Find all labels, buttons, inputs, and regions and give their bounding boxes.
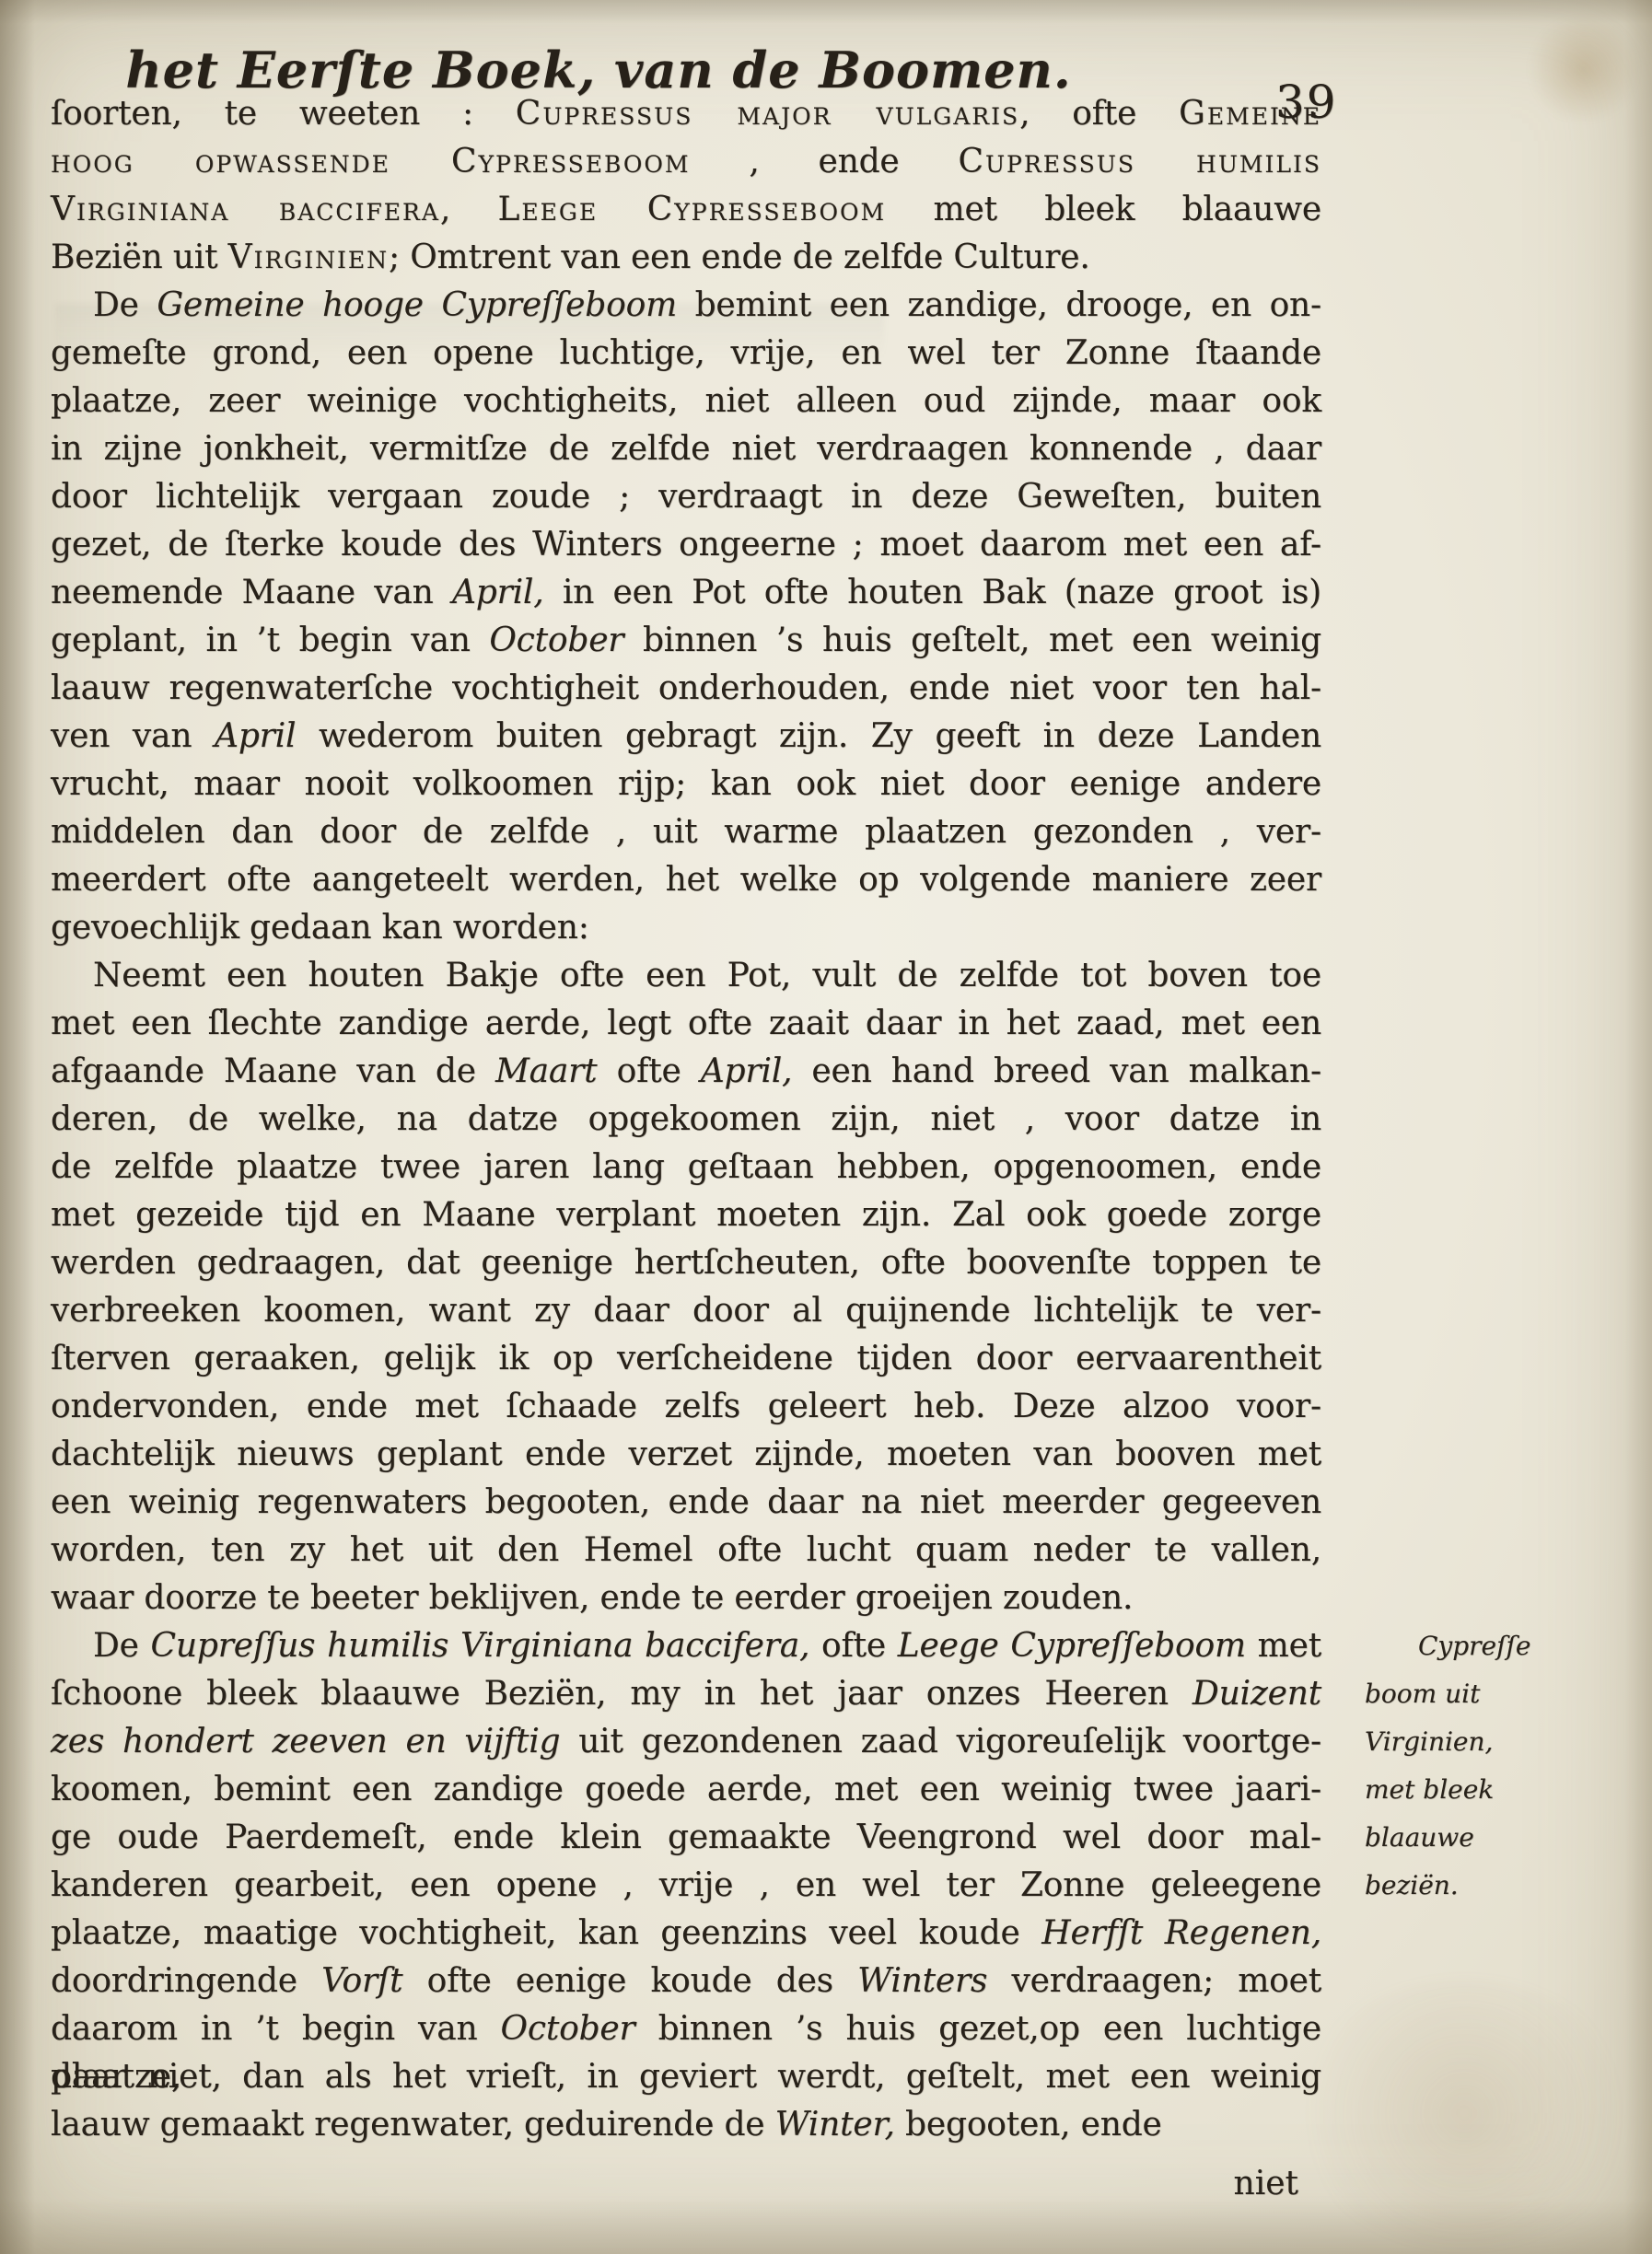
- text-line: werden gedraagen, dat geenige hertſcheut…: [51, 1239, 1321, 1287]
- text-segment: laauw gemaakt regenwater, geduirende de: [51, 2106, 775, 2144]
- text-segment: Cupressus humilis: [958, 143, 1321, 180]
- text-segment: April,: [701, 1052, 793, 1090]
- text-segment: neemende Maane van: [51, 574, 452, 611]
- text-segment: De: [93, 286, 157, 324]
- text-segment: Gemeine: [1179, 95, 1321, 133]
- text-segment: Vorſt: [321, 1962, 402, 2000]
- text-line: Beziën uit Virginien; Omtrent van een en…: [51, 234, 1321, 282]
- text-line: laauw gemaakt regenwater, geduirende de …: [51, 2101, 1321, 2149]
- text-segment: in zijne jonkheit, vermitſze de zelfde n…: [51, 430, 1321, 468]
- page-edge-shadow-top: [0, 0, 1652, 24]
- text-segment: De: [93, 1627, 151, 1665]
- text-segment: doordringende: [51, 1962, 321, 2000]
- text-line: ſchoone bleek blaauwe Beziën, my in het …: [51, 1670, 1321, 1718]
- margin-note-line: boom uit: [1365, 1670, 1641, 1718]
- text-segment: ; Omtrent van een ende de zelfde Culture…: [389, 238, 1090, 276]
- text-line: verbreeken koomen, want zy daar door al …: [51, 1287, 1321, 1335]
- text-segment: binnen ’s huis geſtelt, met een weinig: [623, 622, 1321, 659]
- text-segment: zes hondert zeeven en vijftig: [51, 1723, 560, 1760]
- text-segment: Leege Cypresseboom: [498, 191, 887, 228]
- text-segment: Virginien: [228, 238, 389, 276]
- text-segment: gezet, de ſterke koude des Winters ongee…: [51, 526, 1321, 563]
- text-segment: Maart: [495, 1052, 597, 1090]
- text-line: met gezeide tijd en Maane verplant moete…: [51, 1191, 1321, 1239]
- text-segment: met een ſlechte zandige aerde, legt ofte…: [51, 1005, 1321, 1042]
- text-line: daar niet, dan als het vrieſt, in gevier…: [51, 2053, 1321, 2101]
- text-line: ge oude Paerdemeſt, ende klein gemaakte …: [51, 1814, 1321, 1862]
- text-segment: begooten, ende: [895, 2106, 1162, 2144]
- text-line: waar doorze te beeter beklijven, ende te…: [51, 1574, 1321, 1622]
- text-line: doordringende Vorſt ofte eenige koude de…: [51, 1958, 1321, 2005]
- text-segment: vrucht, maar nooit volkoomen rijp; kan o…: [51, 765, 1321, 803]
- text-segment: Winter,: [775, 2106, 895, 2144]
- text-segment: Neemt een houten Bakje ofte een Pot, vul…: [93, 957, 1321, 994]
- text-segment: ofte eenige koude des: [402, 1962, 857, 2000]
- text-line: laauw regenwaterſche vochtigheit onderho…: [51, 665, 1321, 713]
- text-segment: ſoorten, te weeten :: [51, 95, 516, 133]
- text-segment: een hand breed van malkan-: [792, 1052, 1321, 1090]
- catchword: niet: [51, 2160, 1321, 2208]
- page-gutter-shadow: [0, 0, 35, 2254]
- text-segment: meerdert ofte aangeteelt werden, het wel…: [51, 861, 1321, 899]
- margin-note-line: blaauwe: [1365, 1814, 1641, 1862]
- text-segment: door lichtelijk vergaan zoude ; verdraag…: [51, 478, 1321, 516]
- text-line: plaatze, zeer weinige vochtigheits, niet…: [51, 378, 1321, 425]
- text-segment: uit gezondenen zaad vigoreuſelijk voortg…: [560, 1723, 1321, 1760]
- text-line: kanderen gearbeit, een opene , vrije , e…: [51, 1862, 1321, 1910]
- text-line: vrucht, maar nooit volkoomen rijp; kan o…: [51, 761, 1321, 808]
- text-segment: daar niet, dan als het vrieſt, in gevier…: [51, 2058, 1321, 2096]
- text-line: De Cupreſſus humilis Virginiana baccifer…: [51, 1622, 1321, 1670]
- text-line: neemende Maane van April, in een Pot oft…: [51, 569, 1321, 617]
- text-segment: hoog opwassende Cypresseboom: [51, 143, 690, 180]
- margin-note-line: beziën.: [1365, 1862, 1641, 1910]
- margin-note-line: Cypreſſe: [1365, 1622, 1641, 1670]
- text-segment: Cupressus major vulgaris: [516, 95, 1019, 133]
- text-segment: verdraagen; moet: [987, 1962, 1321, 2000]
- page-edge-shadow-right: [1624, 0, 1652, 2254]
- text-segment: kanderen gearbeit, een opene , vrije , e…: [51, 1866, 1321, 1904]
- text-segment: in een Pot ofte houten Bak (naze groot i…: [543, 574, 1321, 611]
- text-segment: geplant, in ’t begin van: [51, 622, 489, 659]
- text-segment: Virginiana baccifera: [51, 191, 440, 228]
- book-page-scan: het Eerſte Boek, van de Boomen. 39 ſoort…: [0, 0, 1652, 2254]
- text-segment: ondervonden, ende met ſchaade zelfs gele…: [51, 1388, 1321, 1425]
- text-segment: Winters: [857, 1962, 987, 2000]
- text-line: in zijne jonkheit, vermitſze de zelfde n…: [51, 425, 1321, 473]
- text-segment: ofte: [597, 1052, 700, 1090]
- text-segment: met bleek blaauwe: [886, 191, 1321, 228]
- text-segment: , ende: [690, 143, 958, 180]
- text-segment: ſchoone bleek blaauwe Beziën, my in het …: [51, 1675, 1192, 1713]
- text-line: gemeſte grond, een opene luchtige, vrije…: [51, 330, 1321, 378]
- paper-stain: [1289, 1980, 1639, 2247]
- text-segment: werden gedraagen, dat geenige hertſcheut…: [51, 1244, 1321, 1282]
- text-line: ondervonden, ende met ſchaade zelfs gele…: [51, 1383, 1321, 1431]
- body-text-column: ſoorten, te weeten : Cupressus major vul…: [51, 90, 1321, 2149]
- text-segment: daarom in ’t begin van: [51, 2010, 501, 2048]
- text-line: worden, ten zy het uit den Hemel ofte lu…: [51, 1527, 1321, 1574]
- text-segment: gemeſte grond, een opene luchtige, vrije…: [51, 334, 1321, 372]
- text-line: ſterven geraaken, gelijk ik op verſcheid…: [51, 1335, 1321, 1383]
- text-segment: October: [501, 2010, 635, 2048]
- text-line: geplant, in ’t begin van October binnen …: [51, 617, 1321, 665]
- text-segment: deren, de welke, na datze opgekoomen zij…: [51, 1100, 1321, 1138]
- text-line: ven van April wederom buiten gebragt zij…: [51, 713, 1321, 761]
- text-segment: worden, ten zy het uit den Hemel ofte lu…: [51, 1531, 1321, 1569]
- margin-note-line: met bleek: [1365, 1766, 1641, 1814]
- text-segment: ge oude Paerdemeſt, ende klein gemaakte …: [51, 1818, 1321, 1856]
- text-segment: verbreeken koomen, want zy daar door al …: [51, 1292, 1321, 1330]
- text-segment: Herfſt Regenen,: [1041, 1914, 1321, 1952]
- text-segment: Leege Cypreſſeboom: [898, 1627, 1246, 1665]
- text-segment: Duizent: [1192, 1675, 1321, 1713]
- text-line: Neemt een houten Bakje ofte een Pot, vul…: [51, 952, 1321, 1000]
- text-line: gezet, de ſterke koude des Winters ongee…: [51, 521, 1321, 569]
- text-line: de zelfde plaatze twee jaren lang geſtaa…: [51, 1144, 1321, 1191]
- text-segment: plaatze, maatige vochtigheit, kan geenzi…: [51, 1914, 1041, 1952]
- text-segment: koomen, bemint een zandige goede aerde, …: [51, 1771, 1321, 1808]
- paper-stain: [1524, 18, 1644, 120]
- text-line: plaatze, maatige vochtigheit, kan geenzi…: [51, 1910, 1321, 1958]
- text-segment: afgaande Maane van de: [51, 1052, 495, 1090]
- text-line: deren, de welke, na datze opgekoomen zij…: [51, 1096, 1321, 1144]
- text-line: hoog opwassende Cypresseboom , ende Cupr…: [51, 138, 1321, 186]
- text-segment: bemint een zandige, drooge, en on-: [677, 286, 1321, 324]
- text-line: Virginiana baccifera, Leege Cypresseboom…: [51, 186, 1321, 234]
- text-segment: met: [1246, 1627, 1321, 1665]
- text-line: gevoechlijk gedaan kan worden:: [51, 904, 1321, 952]
- margin-note-line: Virginien,: [1365, 1718, 1641, 1766]
- text-segment: gevoechlijk gedaan kan worden:: [51, 909, 589, 947]
- text-segment: Gemeine hooge Cypreſſeboom: [157, 286, 677, 324]
- text-line: dachtelijk nieuws geplant ende verzet zi…: [51, 1431, 1321, 1479]
- text-line: door lichtelijk vergaan zoude ; verdraag…: [51, 473, 1321, 521]
- text-line: meerdert ofte aangeteelt werden, het wel…: [51, 856, 1321, 904]
- text-segment: waar doorze te beeter beklijven, ende te…: [51, 1579, 1133, 1617]
- text-segment: plaatze, zeer weinige vochtigheits, niet…: [51, 382, 1321, 420]
- text-line: ſoorten, te weeten : Cupressus major vul…: [51, 90, 1321, 138]
- text-segment: ofte: [809, 1627, 897, 1665]
- text-line: koomen, bemint een zandige goede aerde, …: [51, 1766, 1321, 1814]
- text-line: middelen dan door de zelfde , uit warme …: [51, 808, 1321, 856]
- text-segment: dachtelijk nieuws geplant ende verzet zi…: [51, 1435, 1321, 1473]
- text-segment: ,: [440, 191, 498, 228]
- text-segment: April,: [452, 574, 544, 611]
- text-segment: wederom buiten gebragt zijn. Zy geeft in…: [296, 717, 1321, 755]
- text-segment: October: [489, 622, 623, 659]
- text-line: een weinig regenwaters begooten, ende da…: [51, 1479, 1321, 1527]
- text-segment: middelen dan door de zelfde , uit warme …: [51, 813, 1321, 851]
- text-segment: Cupreſſus humilis Virginiana baccifera,: [151, 1627, 810, 1665]
- text-segment: ſterven geraaken, gelijk ik op verſcheid…: [51, 1340, 1321, 1377]
- text-line: afgaande Maane van de Maart ofte April, …: [51, 1048, 1321, 1096]
- text-segment: laauw regenwaterſche vochtigheit onderho…: [51, 669, 1321, 707]
- text-line: daarom in ’t begin van October binnen ’s…: [51, 2005, 1321, 2053]
- text-segment: , ofte: [1019, 95, 1179, 133]
- text-segment: met gezeide tijd en Maane verplant moete…: [51, 1196, 1321, 1234]
- text-segment: April: [215, 717, 296, 755]
- text-line: De Gemeine hooge Cypreſſeboom bemint een…: [51, 282, 1321, 330]
- text-line: met een ſlechte zandige aerde, legt ofte…: [51, 1000, 1321, 1048]
- text-segment: de zelfde plaatze twee jaren lang geſtaa…: [51, 1148, 1321, 1186]
- text-segment: een weinig regenwaters begooten, ende da…: [51, 1483, 1321, 1521]
- text-segment: ven van: [51, 717, 215, 755]
- text-segment: Beziën uit: [51, 238, 228, 276]
- margin-note: Cypreſſeboom uitVirginien,met bleekblaau…: [1365, 1622, 1641, 1910]
- text-line: zes hondert zeeven en vijftig uit gezond…: [51, 1718, 1321, 1766]
